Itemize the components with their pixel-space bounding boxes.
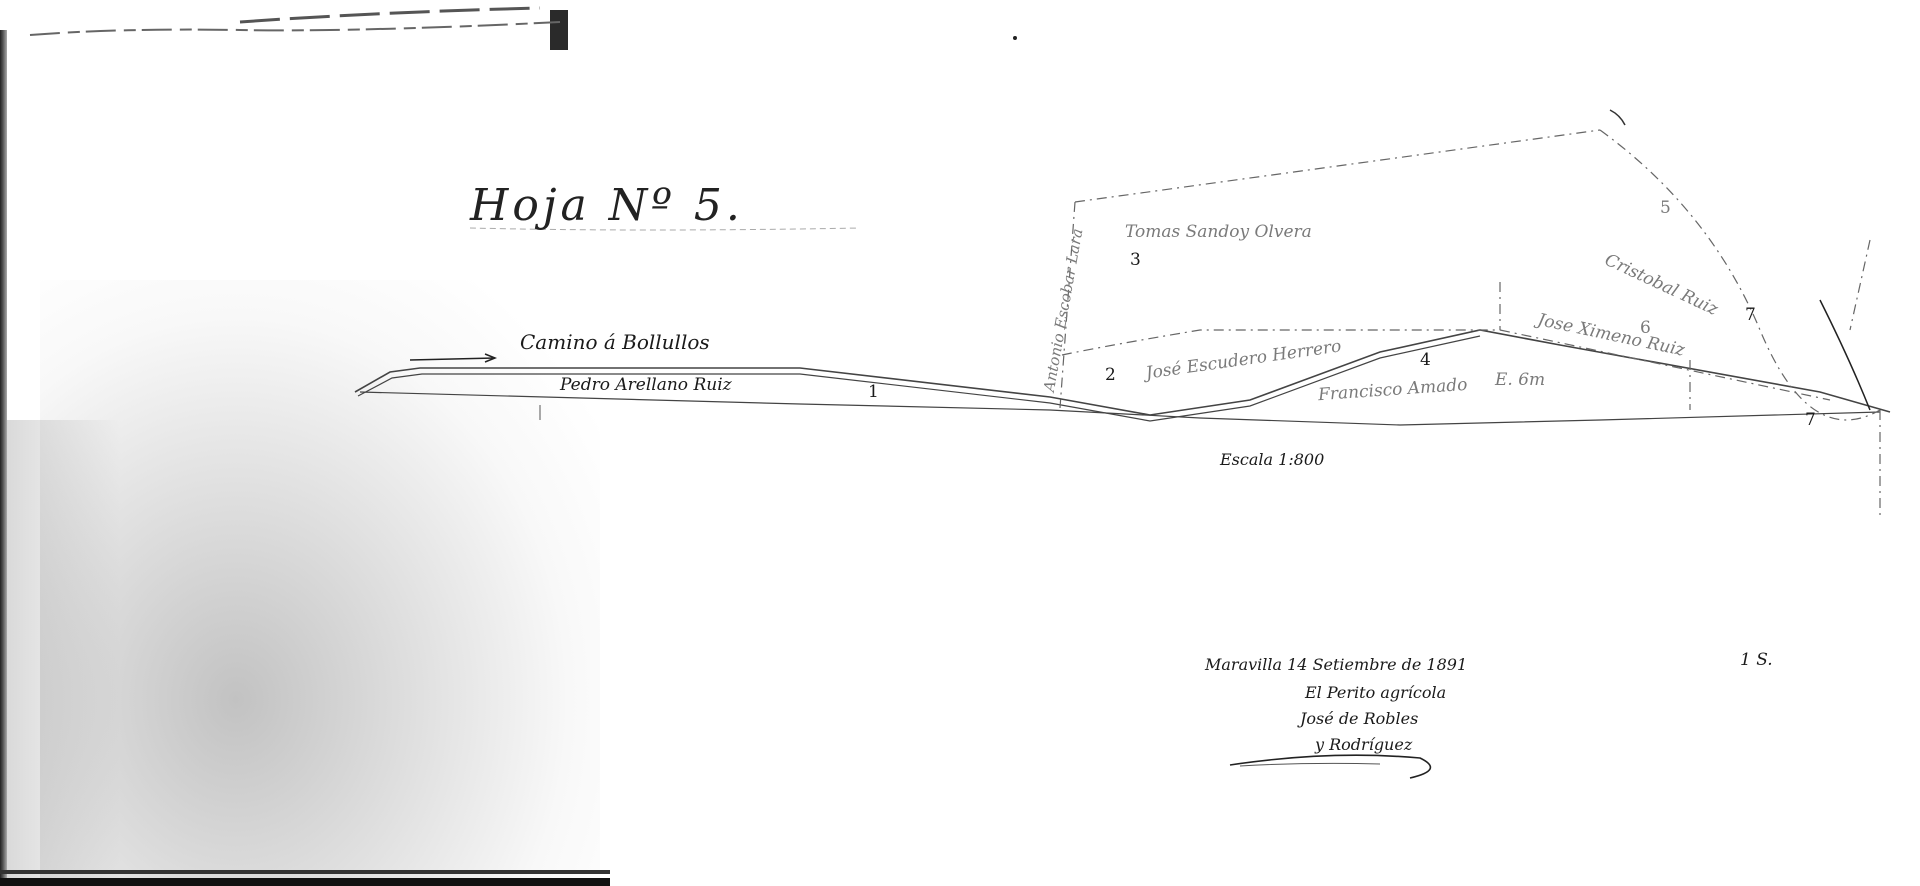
parcel-3-owner: Tomas Sandoy Olvera bbox=[1125, 222, 1312, 242]
parcel-1-owner: Pedro Arellano Ruiz bbox=[560, 375, 732, 395]
parcel-4-extra: E. 6m bbox=[1495, 370, 1545, 390]
signature-place-date: Maravilla 14 Setiembre de 1891 bbox=[1205, 652, 1467, 678]
parcel-4-number: 4 bbox=[1420, 350, 1431, 370]
signature-flourish bbox=[1230, 755, 1430, 778]
parcel-boundaries bbox=[1060, 130, 1880, 520]
parcel-map-drawing bbox=[0, 0, 1920, 886]
map-sheet: Hoja Nº 5. Camino á Bollullos Pedro Arel… bbox=[0, 0, 1920, 886]
parcel-5-number: 5 bbox=[1660, 198, 1671, 218]
road-label: Camino á Bollullos bbox=[520, 330, 710, 354]
signature-role: El Perito agrícola bbox=[1305, 680, 1446, 706]
parcel-2-number: 2 bbox=[1105, 365, 1116, 385]
sheet-title: Hoja Nº 5. bbox=[470, 180, 744, 231]
signature-name: José de Robles bbox=[1300, 706, 1418, 732]
parcel-5-extra: 7 bbox=[1745, 305, 1756, 325]
parcel-7-number: 7 bbox=[1805, 410, 1816, 430]
parcel-1-number: 1 bbox=[868, 382, 879, 402]
arrow-left-icon bbox=[410, 354, 495, 362]
signature-surname: y Rodríguez bbox=[1315, 732, 1412, 758]
parcel-3-number: 3 bbox=[1130, 250, 1141, 270]
margin-mark: 1 S. bbox=[1740, 650, 1773, 670]
map-scale: Escala 1:800 bbox=[1220, 450, 1324, 469]
